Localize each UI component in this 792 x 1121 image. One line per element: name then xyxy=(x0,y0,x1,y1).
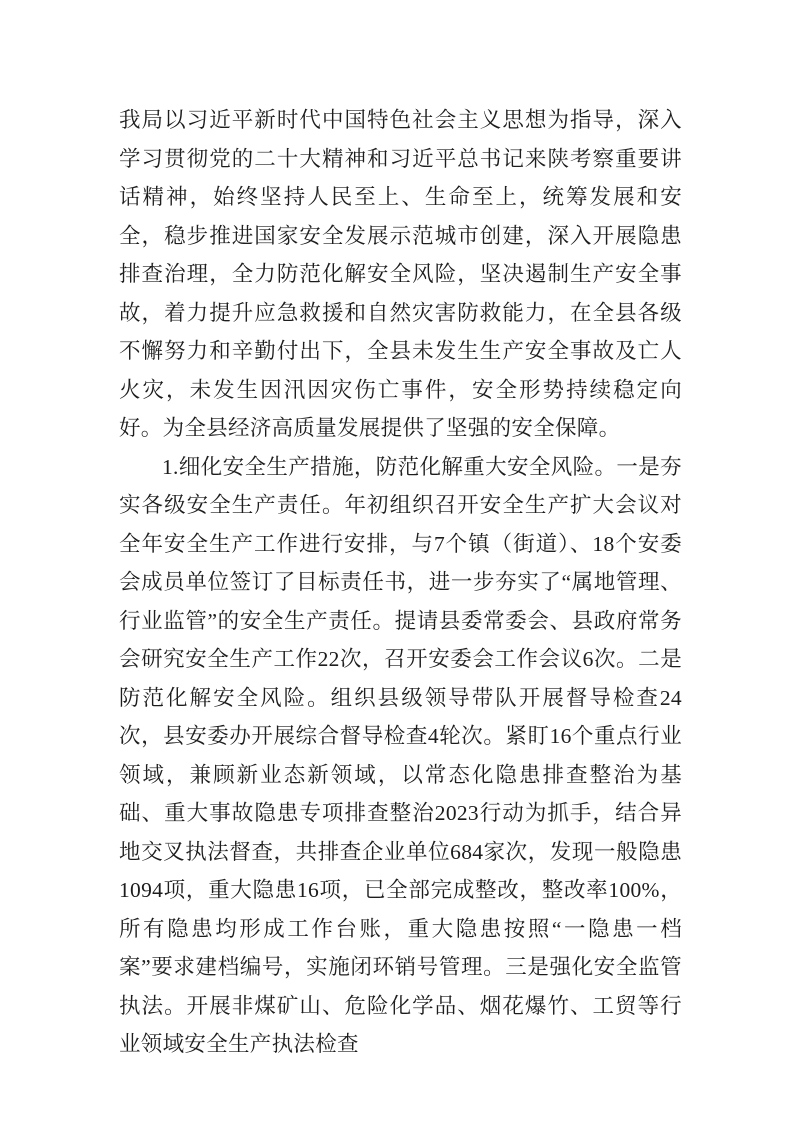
document-body: 我局以习近平新时代中国特色社会主义思想为指导，深入学习贯彻党的二十大精神和习近平… xyxy=(119,101,682,1064)
document-page: 我局以习近平新时代中国特色社会主义思想为指导，深入学习贯彻党的二十大精神和习近平… xyxy=(0,0,792,1121)
paragraph-section-1: 1.细化安全生产措施，防范化解重大安全风险。一是夯实各级安全生产责任。年初组织召… xyxy=(119,448,682,1064)
paragraph-overview: 我局以习近平新时代中国特色社会主义思想为指导，深入学习贯彻党的二十大精神和习近平… xyxy=(119,101,682,448)
